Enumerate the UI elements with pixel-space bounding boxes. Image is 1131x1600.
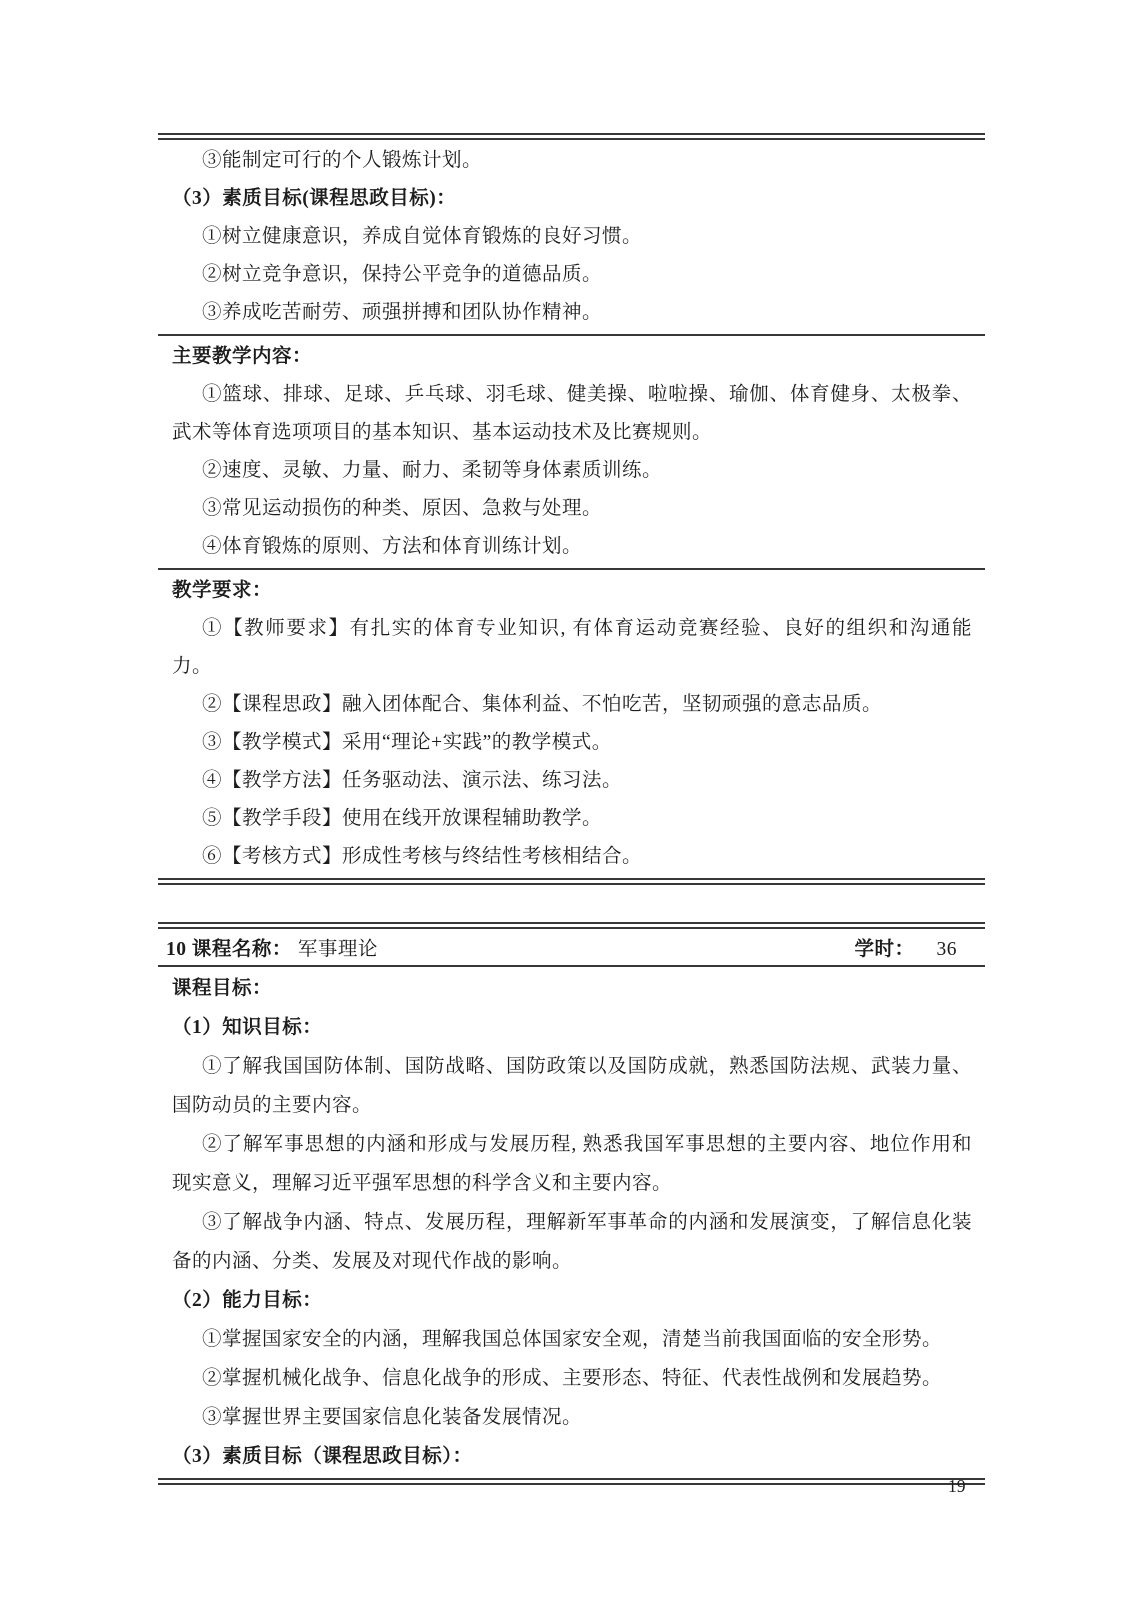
pe-content-item: ③常见运动损伤的种类、原因、急救与处理。 (158, 490, 985, 528)
pe-requirement-item: ⑥【考核方式】形成性考核与终结性考核相结合。 (158, 838, 985, 876)
pe-quality-item: ②树立竞争意识，保持公平竞争的道德品质。 (158, 256, 985, 294)
pe-quality-item: ①树立健康意识，养成自觉体育锻炼的良好习惯。 (158, 218, 985, 256)
course-hours-value: 36 (937, 939, 958, 960)
table-top-border (158, 133, 985, 140)
pe-content-item: ①篮球、排球、足球、乒乓球、羽毛球、健美操、啦啦操、瑜伽、体育健身、太极拳、武术… (158, 376, 985, 452)
document-page: ③能制定可行的个人锻炼计划。 （3）素质目标(课程思政目标)： ①树立健康意识，… (0, 0, 1131, 1600)
knowledge-header: （1）知识目标： (158, 1008, 985, 1047)
pe-requirement-item: ⑤【教学手段】使用在线开放课程辅助教学。 (158, 800, 985, 838)
pe-content-item: ②速度、灵敏、力量、耐力、柔韧等身体素质训练。 (158, 452, 985, 490)
page-content: ③能制定可行的个人锻炼计划。 （3）素质目标(课程思政目标)： ①树立健康意识，… (158, 0, 985, 1485)
table-bottom-border (158, 1478, 985, 1485)
top-margin (158, 0, 985, 133)
course-name-value: 军事理论 (298, 939, 378, 960)
pe-content-item: ④体育锻炼的原则、方法和体育训练计划。 (158, 528, 985, 566)
pe-quality-item: ③养成吃苦耐劳、顽强拼搏和团队协作精神。 (158, 294, 985, 332)
page-number: 19 (948, 1476, 966, 1497)
pe-quality-header: （3）素质目标(课程思政目标)： (158, 180, 985, 218)
military-objectives-section: 课程目标： （1）知识目标： ①了解我国国防体制、国防战略、国防政策以及国防成就… (158, 967, 985, 1478)
section-gap (158, 885, 985, 922)
knowledge-item: ③了解战争内涵、特点、发展历程，理解新军事革命的内涵和发展演变，了解信息化装备的… (158, 1203, 985, 1281)
course-title-row: 10 课程名称：军事理论 学时：36 (158, 929, 985, 965)
pe-requirement-item: ④【教学方法】任务驱动法、演示法、练习法。 (158, 762, 985, 800)
ability-item: ①掌握国家安全的内涵，理解我国总体国家安全观，清楚当前我国面临的安全形势。 (158, 1320, 985, 1359)
pe-teaching-content-section: 主要教学内容： ①篮球、排球、足球、乒乓球、羽毛球、健美操、啦啦操、瑜伽、体育健… (158, 336, 985, 568)
objectives-header: 课程目标： (158, 969, 985, 1008)
table-bottom-border (158, 878, 985, 885)
ability-item: ③掌握世界主要国家信息化装备发展情况。 (158, 1398, 985, 1437)
course-hours-label: 学时： (854, 939, 914, 960)
course-name-label: 10 课程名称： (166, 939, 292, 960)
pe-ability-item-3: ③能制定可行的个人锻炼计划。 (158, 142, 985, 180)
pe-quality-section: ③能制定可行的个人锻炼计划。 （3）素质目标(课程思政目标)： ①树立健康意识，… (158, 140, 985, 334)
ability-header: （2）能力目标： (158, 1281, 985, 1320)
pe-requirement-item: ③【教学模式】采用“理论+实践”的教学模式。 (158, 724, 985, 762)
knowledge-item: ①了解我国国防体制、国防战略、国防政策以及国防成就，熟悉国防法规、武装力量、国防… (158, 1047, 985, 1125)
pe-requirement-item: ②【课程思政】融入团体配合、集体利益、不怕吃苦，坚韧顽强的意志品质。 (158, 686, 985, 724)
ability-item: ②掌握机械化战争、信息化战争的形成、主要形态、特征、代表性战例和发展趋势。 (158, 1359, 985, 1398)
pe-requirements-section: 教学要求： ①【教师要求】有扎实的体育专业知识, 有体育运动竞赛经验、良好的组织… (158, 570, 985, 878)
knowledge-item: ②了解军事思想的内涵和形成与发展历程, 熟悉我国军事思想的主要内容、地位作用和现… (158, 1125, 985, 1203)
course-name-group: 10 课程名称：军事理论 (166, 933, 378, 961)
pe-requirement-item: ①【教师要求】有扎实的体育专业知识, 有体育运动竞赛经验、良好的组织和沟通能力。 (158, 610, 985, 686)
table-top-border (158, 922, 985, 929)
pe-content-header: 主要教学内容： (158, 338, 985, 376)
pe-requirement-header: 教学要求： (158, 572, 985, 610)
course-hours-group: 学时：36 (854, 933, 957, 961)
quality-header: （3）素质目标（课程思政目标）： (158, 1437, 985, 1476)
